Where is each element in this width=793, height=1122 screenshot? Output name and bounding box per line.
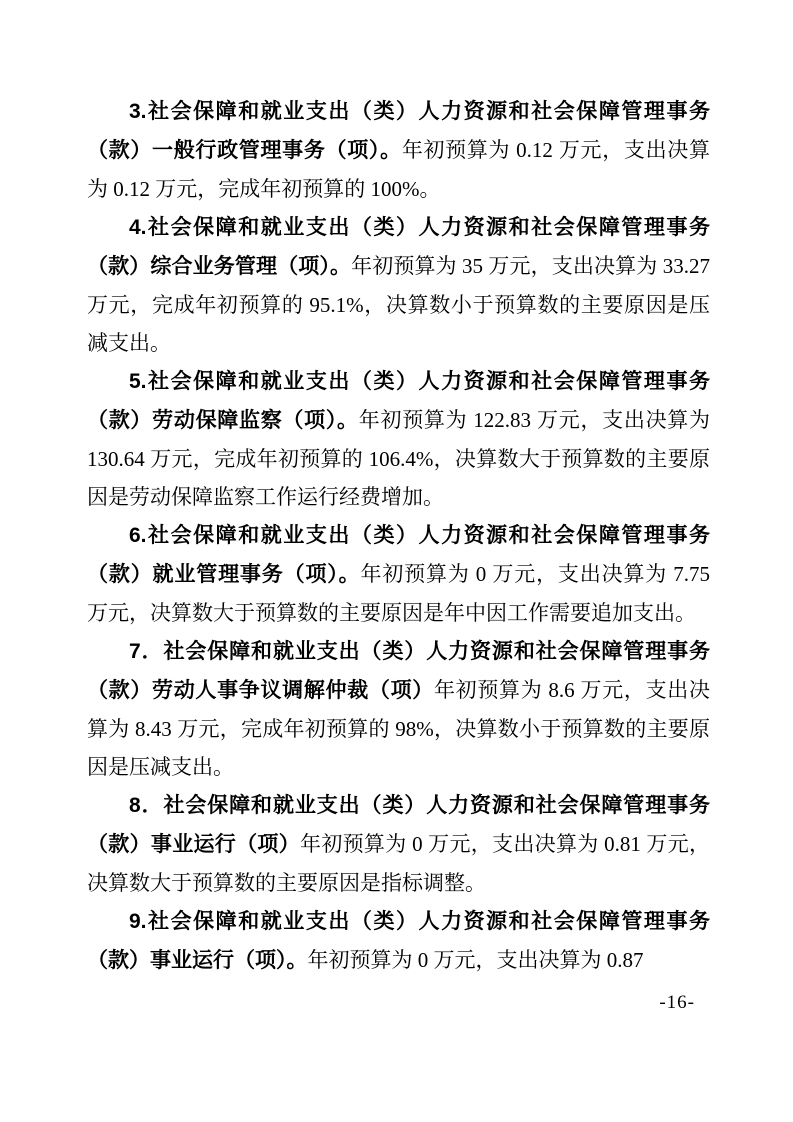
- paragraph-text: 年初预算为 0 万元，支出决算为 0.87: [308, 948, 644, 972]
- paragraph-item-5: 5.社会保障和就业支出（类）人力资源和社会保障管理事务（款）劳动保障监察（项）。…: [87, 362, 710, 516]
- document-page: 3.社会保障和就业支出（类）人力资源和社会保障管理事务（款）一般行政管理事务（项…: [0, 0, 793, 1122]
- paragraph-item-9: 9.社会保障和就业支出（类）人力资源和社会保障管理事务（款）事业运行（项）。年初…: [87, 902, 710, 980]
- paragraph-item-6: 6.社会保障和就业支出（类）人力资源和社会保障管理事务（款）就业管理事务（项）。…: [87, 516, 710, 632]
- paragraph-item-7: 7．社会保障和就业支出（类）人力资源和社会保障管理事务（款）劳动人事争议调解仲裁…: [87, 632, 710, 786]
- document-body: 3.社会保障和就业支出（类）人力资源和社会保障管理事务（款）一般行政管理事务（项…: [87, 92, 710, 980]
- page-number: -16-: [659, 992, 695, 1014]
- paragraph-item-8: 8．社会保障和就业支出（类）人力资源和社会保障管理事务（款）事业运行（项）年初预…: [87, 786, 710, 902]
- paragraph-item-4: 4.社会保障和就业支出（类）人力资源和社会保障管理事务（款）综合业务管理（项）。…: [87, 208, 710, 362]
- paragraph-item-3: 3.社会保障和就业支出（类）人力资源和社会保障管理事务（款）一般行政管理事务（项…: [87, 92, 710, 208]
